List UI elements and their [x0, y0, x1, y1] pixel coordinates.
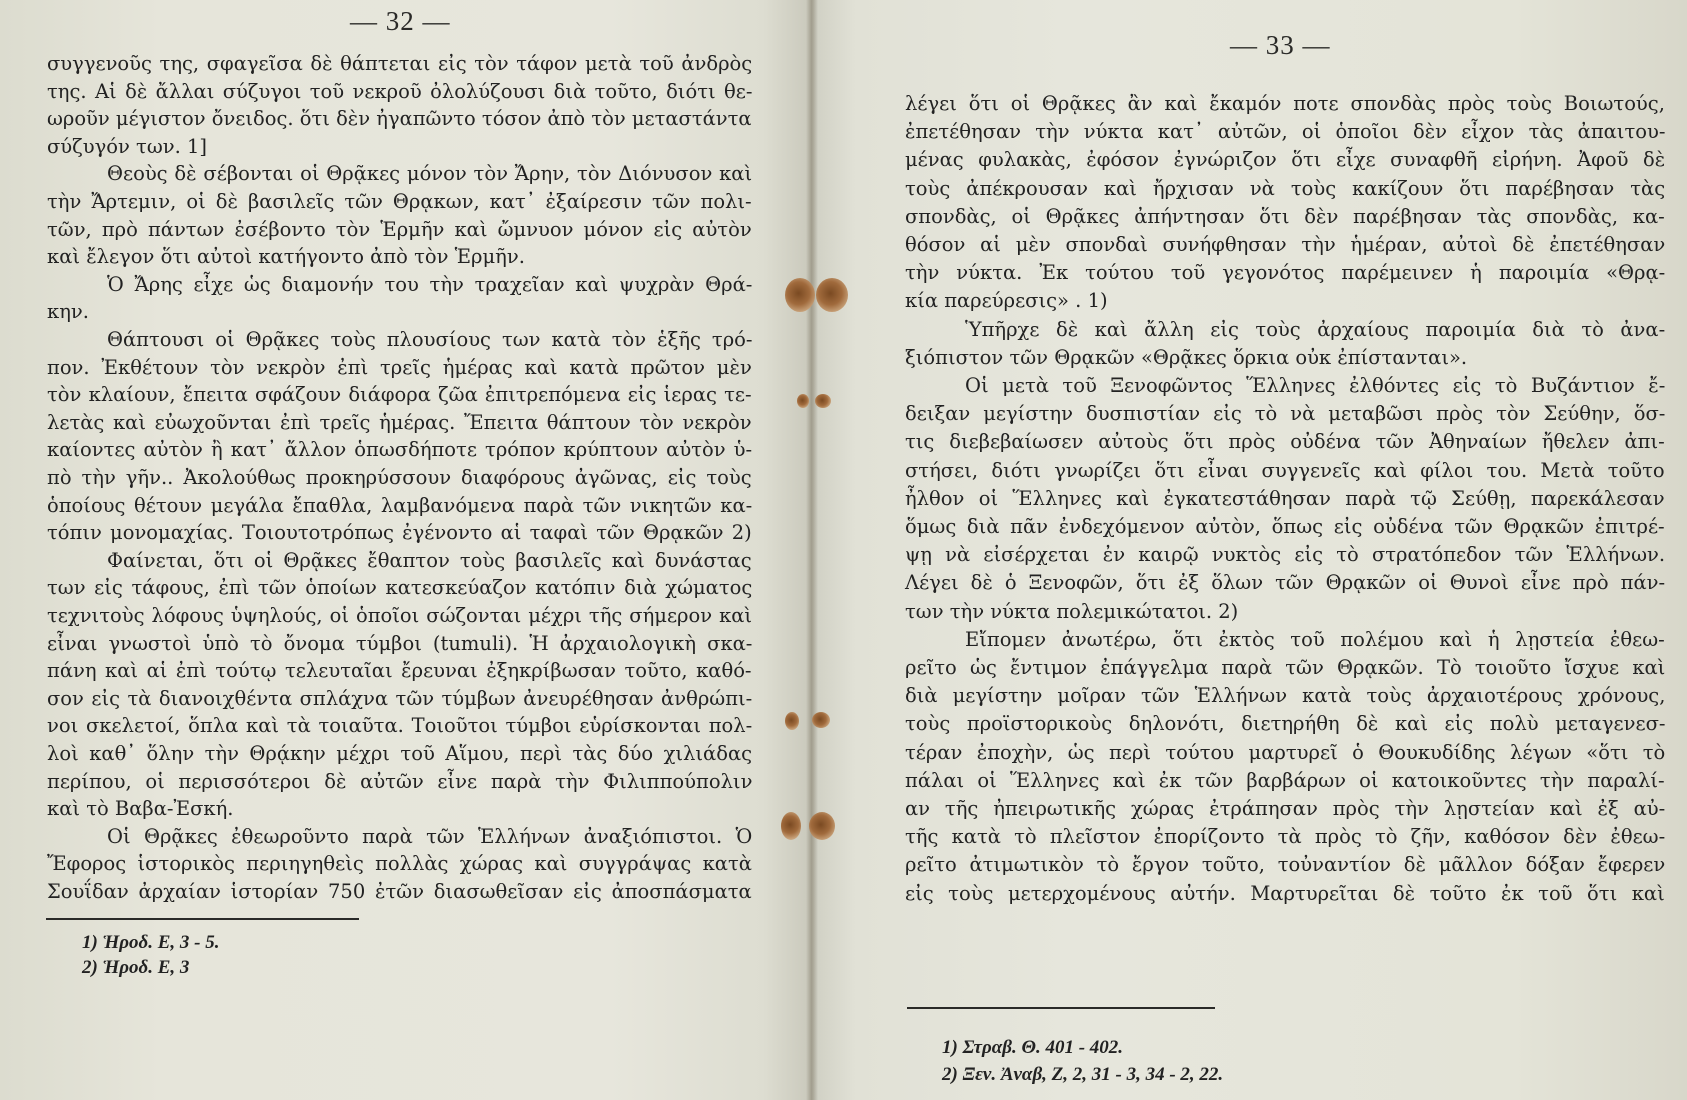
text-line: σύζυγόν των. 1] — [47, 133, 207, 161]
text-line: ωροῦν μέγιστον ὄνειδος. ὅτι δὲν ἠγαπῶντο… — [47, 105, 752, 133]
text-line: ψῃ νὰ εἰσέρχεται ἐν καιρῷ νυκτὸς εἰς τὸ … — [905, 541, 1665, 569]
footnote-2-right: 2) Ξεν. Ἀναβ, Ζ, 2, 31 - 3, 34 - 2, 22. — [942, 1064, 1223, 1086]
text-line: καὶ τὸ Βαβα-Ἐσκή. — [47, 795, 233, 823]
text-line: τῆς κατὰ τὸ πλεῖστον ἐπορίζοντο τὰ πρὸς … — [905, 823, 1665, 851]
footnote-rule-left — [46, 918, 359, 920]
text-line: Φαίνεται, ὅτι οἱ Θρᾷκες ἔθαπτον τοὺς βασ… — [107, 547, 752, 575]
text-line: ρεῖτο ὡς ἔντιμον ἐπάγγελμα παρὰ τῶν Θρᾳκ… — [905, 654, 1665, 682]
text-line: ξιόπιστον τῶν Θρᾳκῶν «Θρᾷκες ὅρκια οὐκ ἐ… — [905, 344, 1467, 372]
text-line: Θάπτουσι οἱ Θρᾷκες τοὺς πλουσίους των κα… — [107, 326, 752, 354]
text-line: ὁποίους θέτουν μεγάλα ἔπαθλα, λαμβανόμεν… — [47, 492, 752, 520]
text-line: Λέγει δὲ ὁ Ξενοφῶν, ὅτι ἐξ ὅλων τῶν Θρᾳκ… — [905, 569, 1665, 597]
text-line: σπονδὰς, οἱ Θρᾷκες ἀπήντησαν ὅτι δὲν παρ… — [905, 203, 1665, 231]
footnote-1-right: 1) Στραβ. Θ. 401 - 402. — [942, 1037, 1123, 1059]
text-line: πάνη καὶ αἱ ἐπὶ τούτῳ τελευταῖαι ἔρευναι… — [47, 657, 752, 685]
binding-stain-1 — [785, 278, 815, 312]
text-line: εἶναι γνωστοὶ ὑπὸ τὸ ὄνομα τύμβοι (tumul… — [47, 630, 752, 658]
text-line: ἐπετέθησαν τὴν νύκτα κατ᾽ αὐτῶν, οἱ ὁποῖ… — [905, 118, 1665, 146]
right-page-body: λέγει ὅτι οἱ Θρᾷκες ἂν καὶ ἔκαμόν ποτε σ… — [905, 80, 1665, 920]
text-line: στήσει, διότι γνωρίζει ὅτι εἶναι συγγενε… — [905, 457, 1665, 485]
text-line: περίπου, οἱ περισσότεροι δὲ αὐτῶν εἶνε π… — [47, 768, 752, 796]
left-page: — 32 — συγγενοῦς της, σφαγεῖσα δὲ θάπτετ… — [0, 0, 812, 1100]
text-line: Σουΐδαν ἀρχαίαν ἱστορίαν 750 ἐτῶν διασωθ… — [47, 878, 752, 906]
text-line: καίοντες αὐτὸν ἢ κατ᾽ ἄλλον ὁπωσδήποτε τ… — [47, 436, 752, 464]
text-line: τῶν, πρὸ πάντων ἐσέβοντο τὸν Ἑρμῆν καὶ ὤ… — [47, 216, 752, 244]
text-line: Ἔφορος ἱστορικὸς περιηγηθεὶς πολλὰς χώρα… — [47, 850, 752, 878]
text-line: Εἴπομεν ἀνωτέρω, ὅτι ἐκτὸς τοῦ πολέμου κ… — [965, 626, 1665, 654]
text-line: κην. — [47, 298, 89, 326]
binding-stain-3 — [797, 394, 809, 408]
left-page-body: συγγενοῦς της, σφαγεῖσα δὲ θάπτεται εἰς … — [47, 40, 752, 920]
text-line: Ὑπῆρχε δὲ καὶ ἄλλη εἰς τοὺς ἀρχαίους παρ… — [965, 316, 1665, 344]
binding-stain-4 — [815, 394, 831, 408]
right-page: — 33 — λέγει ὅτι οἱ Θρᾷκες ἂν καὶ ἔκαμόν… — [812, 0, 1687, 1100]
text-line: καὶ ἔλεγον ὅτι αὐτοὶ κατήγοντο ἀπὸ τὸν Ἑ… — [47, 243, 525, 271]
text-line: λοὶ καθ᾽ ὅλην τὴν Θρᾴκην μέχρι τοῦ Αἵμου… — [47, 740, 752, 768]
text-line: ρεῖτο ἀτιμωτικὸν τὸ ἔργον τοῦτο, τοὐναντ… — [905, 851, 1665, 879]
text-line: Ὁ Ἄρης εἶχε ὡς διαμονήν του τὴν τραχεῖαν… — [107, 271, 752, 299]
text-line: διὰ μεγίστην μοῖραν τῶν Ἑλλήνων κατὰ τοὺ… — [905, 682, 1665, 710]
text-line: τὸν κλαίουν, ἔπειτα σφάζουν διάφορα ζῶα … — [47, 381, 752, 409]
text-line: σον εἰς τὰ διανοιχθέντα σπλάχνα τῶν τύμβ… — [47, 685, 752, 713]
text-line: πάλαι οἱ Ἕλληνες καὶ ἐκ τῶν βαρβάρων οἱ … — [905, 767, 1665, 795]
text-line: των εἰς τάφους, ἐπὶ τῶν ὁποίων κατεσκεύα… — [47, 574, 752, 602]
footnote-rule-right — [907, 1007, 1215, 1009]
footnote-1-left: 1) Ἡροδ. Ε, 3 - 5. — [82, 932, 219, 954]
text-line: θόσον αἱ μὲν σπονδαὶ συνήφθησαν τὴν ἡμέρ… — [905, 231, 1665, 259]
text-line: αν τῆς ἠπειρωτικῆς χώρας ἐτράπησαν πρὸς … — [905, 795, 1665, 823]
text-line: της. Αἱ δὲ ἄλλαι σύζυγοι τοῦ νεκροῦ ὀλολ… — [47, 78, 752, 106]
text-line: τοὺς προϊστορικοὺς δηλονότι, διετηρήθη δ… — [905, 710, 1665, 738]
text-line: Οἱ μετὰ τοῦ Ξενοφῶντος Ἕλληνες ἐλθόντες … — [965, 372, 1665, 400]
text-line: λέγει ὅτι οἱ Θρᾷκες ἂν καὶ ἔκαμόν ποτε σ… — [905, 90, 1665, 118]
text-line: Θεοὺς δὲ σέβονται οἱ Θρᾷκες μόνον τὸν Ἄρ… — [107, 160, 752, 188]
binding-stain-8 — [809, 812, 835, 840]
text-line: κία παρεύρεσις» . 1) — [905, 287, 1108, 315]
text-line: τόπιν μονομαχίας. Τοιουτοτρόπως ἐγένοντο… — [47, 519, 752, 547]
page-number-left: — 32 — — [350, 6, 451, 37]
text-line: δειξαν μεγίστην δυσπιστίαν εἰς τὸ νὰ μετ… — [905, 400, 1665, 428]
text-line: νοι σκελετοί, ὅπλα καὶ τὰ τοιαῦτα. Τοιοῦ… — [47, 712, 752, 740]
text-line: εἰς τοὺς μετερχομένους αὐτήν. Μαρτυρεῖτα… — [905, 880, 1665, 908]
text-line: πὸ τὴν γῆν.. Ἀκολούθως προκηρύσσουν διαφ… — [47, 464, 752, 492]
text-line: ἦλθον οἱ Ἕλληνες καὶ ἐγκατεστάθησαν παρὰ… — [905, 485, 1665, 513]
book-spread: — 32 — συγγενοῦς της, σφαγεῖσα δὲ θάπτετ… — [0, 0, 1687, 1100]
text-line: πον. Ἐκθέτουν τὸν νεκρὸν ἐπὶ τρεῖς ἡμέρα… — [47, 354, 752, 382]
text-line: τέραν ἐποχὴν, ὡς περὶ τούτου μαρτυρεῖ ὁ … — [905, 739, 1665, 767]
text-line: τεχνιτοὺς λόφους ὑψηλούς, οἱ ὁποῖοι σώζο… — [47, 602, 752, 630]
binding-stain-7 — [781, 812, 801, 840]
text-line: τις διεβεβαίωσεν αὐτοὺς ὅτι πρὸς οὐδένα … — [905, 428, 1665, 456]
text-line: τοὺς ἀπέκρουσαν καὶ ἤρχισαν νὰ τοὺς κακί… — [905, 175, 1665, 203]
binding-stain-2 — [816, 278, 848, 312]
binding-stain-5 — [785, 712, 799, 730]
binding-stain-6 — [812, 712, 830, 728]
text-line: τὴν Ἄρτεμιν, οἱ δὲ βασιλεῖς τῶν Θρᾳκων, … — [47, 188, 752, 216]
footnote-2-left: 2) Ἡροδ. Ε, 3 — [82, 957, 189, 979]
text-line: συγγενοῦς της, σφαγεῖσα δὲ θάπτεται εἰς … — [47, 50, 752, 78]
text-line: των τὴν νύκτα πολεμικώτατοι. 2) — [905, 598, 1238, 626]
page-number-right: — 33 — — [1230, 30, 1331, 61]
text-line: ὅμως διὰ πᾶν ἐνδεχόμενον αὐτὸν, ὅπως εἰς… — [905, 513, 1665, 541]
text-line: Οἱ Θρᾷκες ἐθεωροῦντο παρὰ τῶν Ἑλλήνων ἀν… — [107, 823, 752, 851]
book-gutter — [806, 0, 818, 1100]
text-line: μένας φυλακὰς, ἐφόσον ἐγνώριζον ὅτι εἶχε… — [905, 146, 1665, 174]
text-line: λετὰς καὶ εὐωχοῦνται ἐπὶ τρεῖς ἡμέρας. Ἔ… — [47, 409, 752, 437]
text-line: τὴν νύκτα. Ἐκ τούτου τοῦ γεγονότος παρέμ… — [905, 259, 1665, 287]
